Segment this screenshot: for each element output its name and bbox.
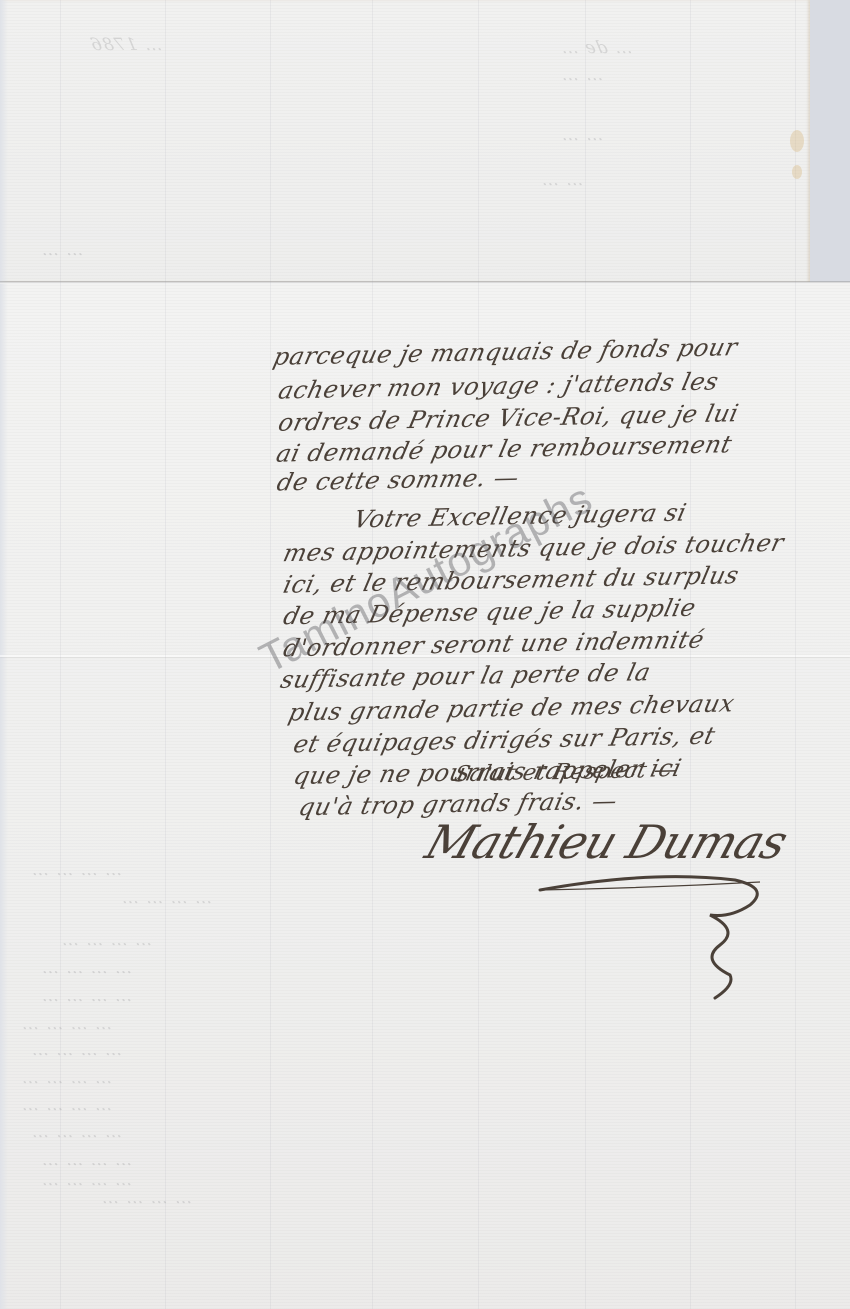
document-scan: … 1786 … de … … … … … … … … … … … … … … … bbox=[0, 0, 850, 1309]
bleed-through-line: … … … … bbox=[118, 888, 213, 908]
letter-line: de cette somme. — bbox=[274, 463, 522, 496]
laid-line bbox=[690, 0, 691, 1309]
faded-text-line: … … bbox=[38, 240, 85, 260]
paper-stain bbox=[792, 165, 802, 179]
faded-text-line: … … bbox=[538, 170, 585, 190]
laid-line bbox=[165, 0, 166, 1309]
faded-text-line: … … bbox=[558, 65, 605, 85]
bleed-through-line: … … … … bbox=[98, 1188, 193, 1208]
faded-text-line: … 1786 bbox=[88, 35, 164, 55]
faded-text-line: … de … bbox=[558, 38, 634, 58]
bleed-through-line: … … … … bbox=[38, 986, 133, 1006]
bleed-through-line: … … … … bbox=[18, 1068, 113, 1088]
bleed-through-line: … … … … bbox=[18, 1095, 113, 1115]
bleed-through-line: … … … … bbox=[58, 930, 153, 950]
letter-closing: Salut et Respect — bbox=[452, 758, 680, 788]
bleed-through-line: … … … … bbox=[28, 860, 123, 880]
paper-stain bbox=[790, 130, 804, 152]
bleed-through-line: … … … … bbox=[28, 1122, 123, 1142]
bleed-through-line: … … … … bbox=[38, 1150, 133, 1170]
signature-flourish-icon bbox=[530, 860, 790, 1000]
bleed-through-line: … … … … bbox=[18, 1014, 113, 1034]
bleed-through-line: … … … … bbox=[28, 1040, 123, 1060]
faded-text-line: … … bbox=[558, 125, 605, 145]
fold-line bbox=[0, 281, 850, 284]
bleed-through-line: … … … … bbox=[38, 1170, 133, 1190]
laid-line bbox=[795, 0, 796, 1309]
bleed-through-line: … … … … bbox=[38, 958, 133, 978]
